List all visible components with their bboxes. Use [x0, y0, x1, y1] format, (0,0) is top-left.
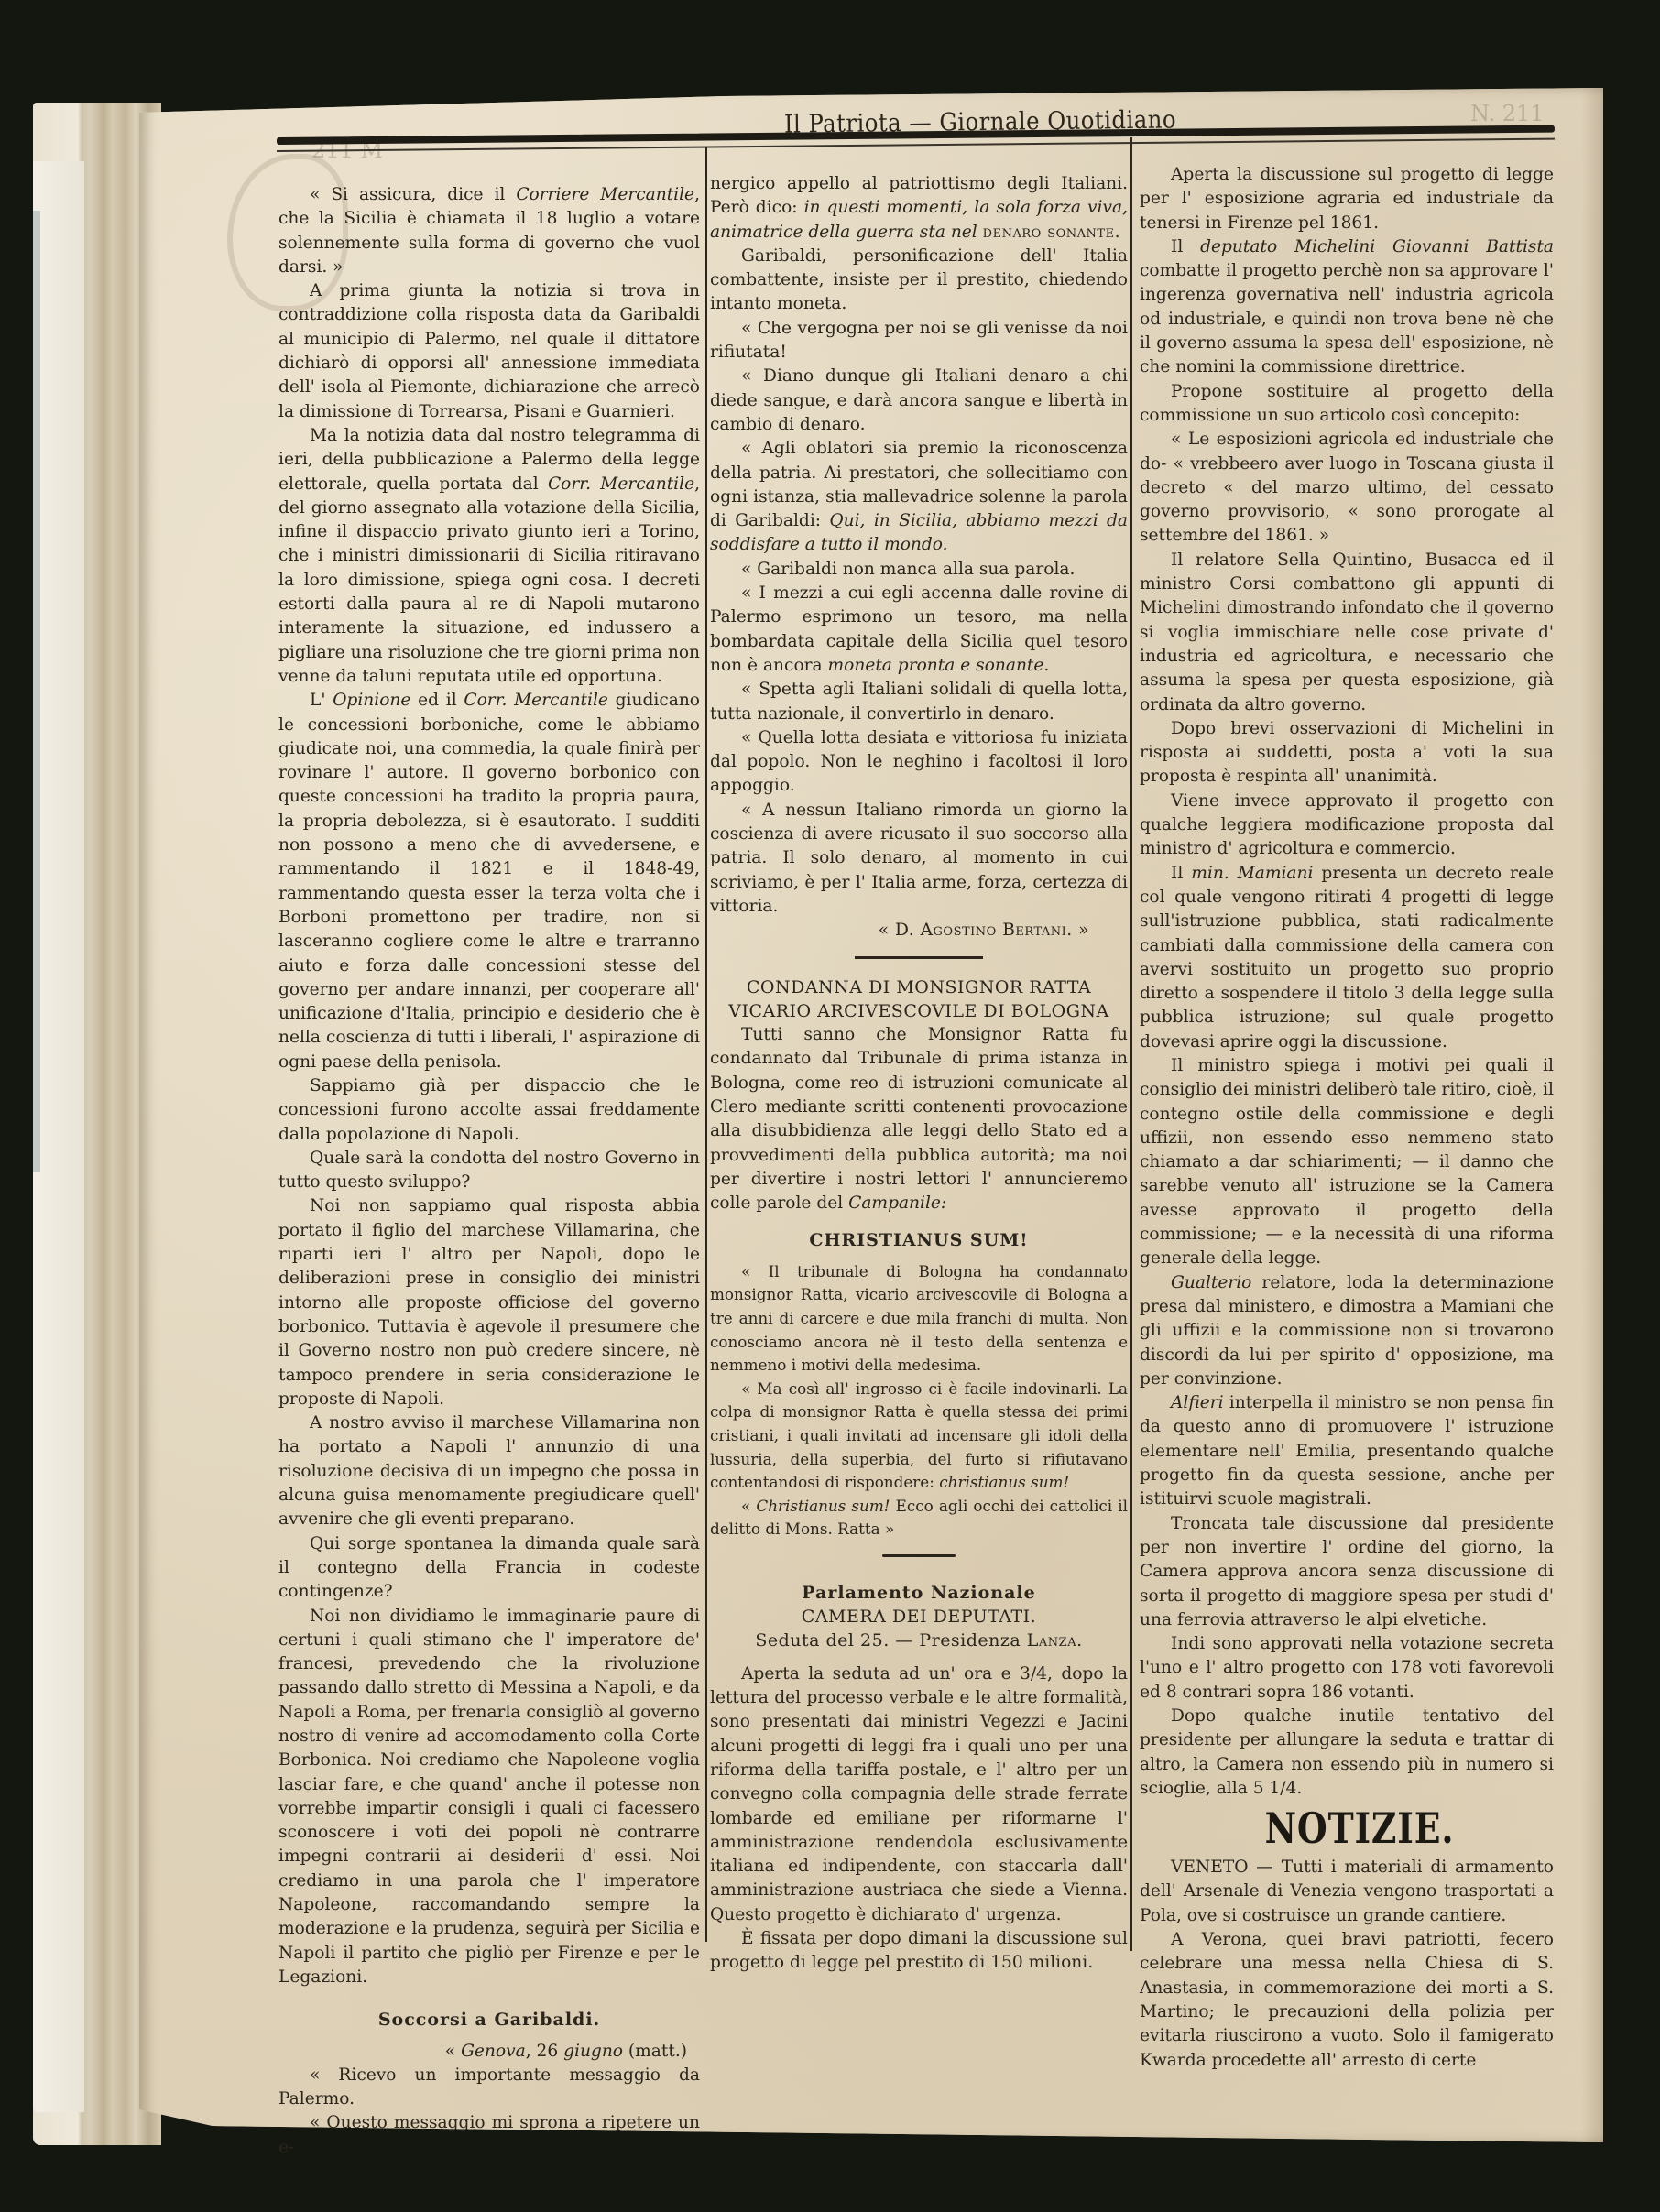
- paragraph: Troncata tale discussione dal presidente…: [1140, 1512, 1554, 1632]
- paragraph: Noi non sappiamo qual risposta abbia por…: [278, 1194, 700, 1411]
- column-divider-2: [1130, 137, 1132, 1951]
- quote-paragraph: « Il tribunale di Bologna ha condannato …: [710, 1260, 1128, 1378]
- paragraph: Indi sono approvati nella votazione secr…: [1140, 1632, 1554, 1705]
- paragraph: Il deputato Michelini Giovanni Battista …: [1140, 235, 1554, 380]
- cover-edge-stain: [33, 211, 40, 1172]
- session-line: Seduta del 25. — Presidenza Lanza.: [710, 1629, 1128, 1652]
- telegram-lines: « Ricevo un importante messaggio da Pale…: [278, 2064, 700, 2160]
- paragraph: Ma la notizia data dal nostro telegramma…: [278, 424, 700, 689]
- paragraph: Noi non dividiamo le immaginarie paure d…: [278, 1605, 700, 1990]
- paragraph: Viene invece approvato il progetto con q…: [1140, 790, 1554, 862]
- paragraph: Gualterio relatore, loda la determinazio…: [1140, 1271, 1554, 1391]
- parliament-report: Aperta la seduta ad un' ora e 3/4, dopo …: [710, 1662, 1128, 1976]
- quote-paragraph: « Christianus sum! Ecco agli occhi dei c…: [710, 1495, 1128, 1542]
- paragraph: « Le esposizioni agricola ed industriale…: [1140, 428, 1554, 548]
- parliament-report-continued: Aperta la discussione sul progetto di le…: [1140, 163, 1554, 1801]
- article-heading-line1: CONDANNA DI MONSIGNOR RATTA: [710, 975, 1128, 999]
- paragraph: A nostro avviso il marchese Villamarina …: [278, 1411, 700, 1531]
- paragraph: Dopo brevi osservazioni di Michelini in …: [1140, 717, 1554, 790]
- paragraph: « Si assicura, dice il Corriere Mercanti…: [278, 183, 700, 279]
- paragraph: Sappiamo già per dispaccio che le conces…: [278, 1074, 700, 1147]
- paragraph: Garibaldi, personificazione dell' Italia…: [710, 245, 1128, 317]
- paragraph: Il ministro spiega i motivi pei quali il…: [1140, 1054, 1554, 1271]
- signature: « D. Agostino Bertani. »: [710, 919, 1128, 943]
- continued-text: nergico appello al patriottismo degli It…: [710, 172, 1128, 245]
- column-middle: nergico appello al patriottismo degli It…: [710, 172, 1128, 1976]
- faint-issue-number-right: N. 211: [1470, 101, 1545, 126]
- telegram-line: « Questo messaggio mi sprona a ripetere …: [278, 2111, 700, 2160]
- paragraph: Quale sarà la condotta del nostro Govern…: [278, 1147, 700, 1195]
- paragraph: Aperta la seduta ad un' ora e 3/4, dopo …: [710, 1662, 1128, 1927]
- paragraph: « Spetta agli Italiani solidali di quell…: [710, 678, 1128, 726]
- separator-ornament: [882, 1554, 956, 1557]
- subheading-christianus: CHRISTIANUS SUM!: [710, 1228, 1128, 1252]
- ratta-article-body: Tutti sanno che Monsignor Ratta fu conda…: [710, 1023, 1128, 1215]
- news-items: VENETO — Tutti i materiali di armamento …: [1140, 1856, 1554, 2073]
- paragraph: « Quella lotta desiata e vittoriosa fu i…: [710, 726, 1128, 799]
- page-fold-shadow: [1581, 88, 1603, 2142]
- book-flyleaf: [33, 161, 84, 2112]
- paragraph: Aperta la discussione sul progetto di le…: [1140, 163, 1554, 235]
- paragraph: « I mezzi a cui egli accenna dalle rovin…: [710, 582, 1128, 678]
- paragraph: L' Opinione ed il Corr. Mercantile giudi…: [278, 689, 700, 1074]
- paragraph: « Garibaldi non manca alla sua parola.: [710, 558, 1128, 582]
- paragraph: È fissata per dopo dimani la discussione…: [710, 1927, 1128, 1976]
- paragraph: « Agli oblatori sia premio la riconoscen…: [710, 437, 1128, 557]
- column-divider-1: [705, 147, 707, 1942]
- paragraph: Alfieri interpella il ministro se non pe…: [1140, 1391, 1554, 1511]
- news-paragraph: A Verona, quei bravi patriotti, fecero c…: [1140, 1928, 1554, 2073]
- paragraph: Il relatore Sella Quintino, Busacca ed i…: [1140, 549, 1554, 717]
- bertani-appeal: Garibaldi, personificazione dell' Italia…: [710, 245, 1128, 919]
- section-heading-notizie: NOTIZIE.: [1177, 1801, 1517, 1856]
- paragraph: Propone sostituire al progetto della com…: [1140, 380, 1554, 429]
- campanile-quote: « Il tribunale di Bologna ha condannato …: [710, 1260, 1128, 1542]
- telegram-line: « Ricevo un importante messaggio da Pale…: [278, 2064, 700, 2112]
- section-heading-parlamento: Parlamento Nazionale: [710, 1581, 1128, 1605]
- section-heading-soccorsi: Soccorsi a Garibaldi.: [278, 2008, 700, 2032]
- paragraph: A prima giunta la notizia si trova in co…: [278, 279, 700, 424]
- chamber-heading: CAMERA DEI DEPUTATI.: [710, 1605, 1128, 1629]
- quote-paragraph: « Ma così all' ingrosso ci è facile indo…: [710, 1378, 1128, 1495]
- column-left: « Si assicura, dice il Corriere Mercanti…: [278, 183, 700, 2160]
- paragraph: Qui sorge spontanea la dimanda quale sar…: [278, 1532, 700, 1605]
- paragraph: « Che vergogna per noi se gli venisse da…: [710, 317, 1128, 365]
- news-paragraph: VENETO — Tutti i materiali di armamento …: [1140, 1856, 1554, 1928]
- separator-rule: [855, 956, 983, 959]
- paragraph: Il min. Mamiani presenta un decreto real…: [1140, 862, 1554, 1054]
- paragraph: « A nessun Italiano rimorda un giorno la…: [710, 799, 1128, 919]
- paragraph: « Diano dunque gli Italiani denaro a chi…: [710, 365, 1128, 437]
- paragraph: Dopo qualche inutile tentativo del presi…: [1140, 1705, 1554, 1801]
- article-heading-line2: VICARIO ARCIVESCOVILE DI BOLOGNA: [710, 999, 1128, 1023]
- left-article-body: « Si assicura, dice il Corriere Mercanti…: [278, 183, 700, 1989]
- column-right: Aperta la discussione sul progetto di le…: [1140, 163, 1554, 2073]
- dateline: « Genova, 26 giugno (matt.): [278, 2040, 700, 2064]
